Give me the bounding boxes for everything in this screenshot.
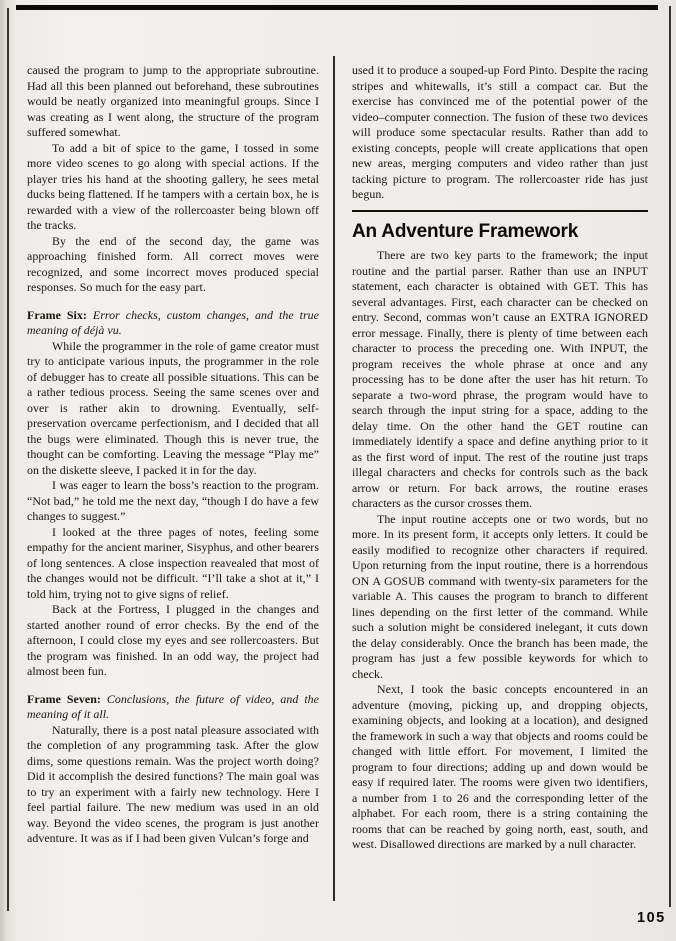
- paragraph: caused the program to jump to the approp…: [27, 63, 319, 141]
- left-column: caused the program to jump to the approp…: [27, 63, 319, 913]
- page-number: 105: [637, 910, 666, 926]
- frame-six-label: Frame Six:: [27, 308, 87, 322]
- left-page-edge-line: [7, 8, 9, 911]
- paragraph: The input routine accepts one or two wor…: [352, 512, 648, 683]
- right-column: used it to produce a souped-up Ford Pint…: [352, 63, 648, 914]
- paragraph: While the programmer in the role of game…: [27, 339, 319, 479]
- section-divider-rule: [352, 210, 648, 212]
- column-divider-rule: [333, 56, 335, 901]
- section-heading: An Adventure Framework: [352, 224, 648, 240]
- frame-seven-label: Frame Seven:: [27, 692, 101, 706]
- top-border-rule: [16, 5, 658, 10]
- paragraph: used it to produce a souped-up Ford Pint…: [352, 63, 648, 203]
- paragraph: By the end of the second day, the game w…: [27, 234, 319, 296]
- right-page-edge-line: [669, 6, 671, 907]
- paragraph: Naturally, there is a post natal pleasur…: [27, 723, 319, 847]
- paragraph: To add a bit of spice to the game, I tos…: [27, 141, 319, 234]
- paragraph: There are two key parts to the framework…: [352, 248, 648, 512]
- frame-seven-heading: Frame Seven: Conclusions, the future of …: [27, 692, 319, 723]
- paragraph: Next, I took the basic concepts encounte…: [352, 682, 648, 853]
- paragraph: I looked at the three pages of notes, fe…: [27, 525, 319, 603]
- paragraph: I was eager to learn the boss’s reaction…: [27, 478, 319, 525]
- frame-six-heading: Frame Six: Error checks, custom changes,…: [27, 308, 319, 339]
- paragraph: Back at the Fortress, I plugged in the c…: [27, 602, 319, 680]
